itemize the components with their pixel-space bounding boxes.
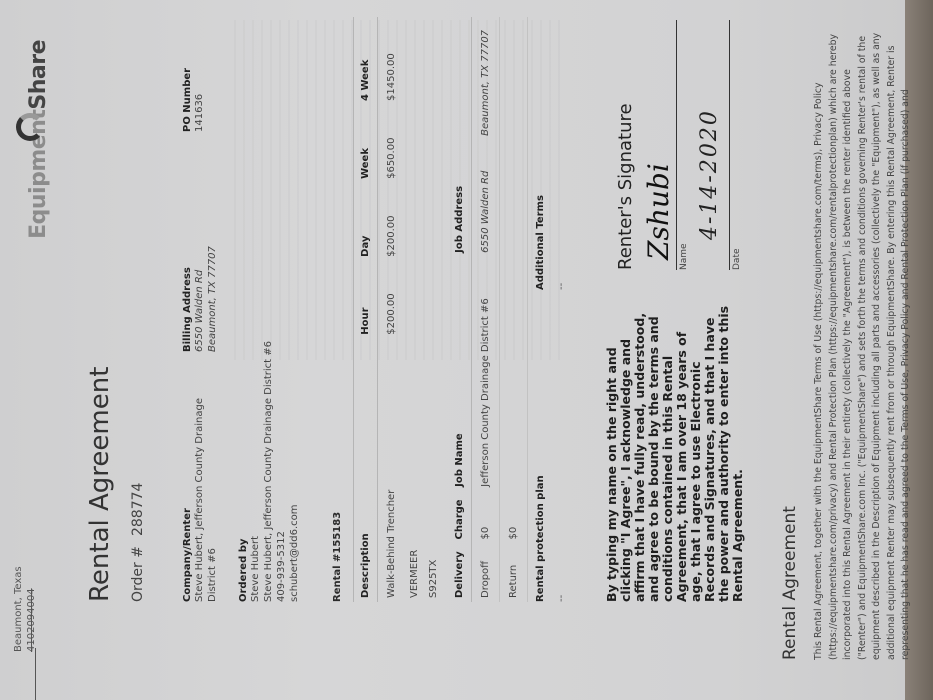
order-label: Order # — [130, 546, 146, 602]
order-number: Order #288774 — [130, 483, 146, 602]
legal-section-title: Rental Agreement — [780, 506, 800, 660]
col-charge: Charge — [448, 491, 472, 544]
page-title: Rental Agreement — [85, 367, 115, 602]
edge-line — [35, 648, 36, 700]
cell-make: VERMEER — [405, 339, 424, 602]
date-label: Date — [732, 20, 742, 270]
table-row: S925TX — [424, 17, 443, 602]
billing-line: 6550 Walden Rd — [193, 192, 206, 352]
additional-terms: Additional Terms -- — [535, 195, 567, 290]
acknowledgement-text: By typing my name on the right and click… — [605, 302, 745, 602]
location-block: Beaumont, Texas 4102094004 — [12, 566, 38, 652]
col-delivery: Delivery — [448, 544, 472, 603]
logo-text-2: Share — [26, 40, 51, 110]
location-id: 4102094004 — [25, 566, 38, 652]
po-number: PO Number 141636 — [182, 12, 206, 132]
rental-rates-table: Description Hour Day Week 4 Week Walk-Be… — [353, 17, 443, 602]
col-day: Day — [354, 183, 378, 261]
delivery-table: Delivery Charge Job Name Job Address Dro… — [448, 17, 528, 602]
handwritten-date: 4-14-2020 — [697, 109, 722, 240]
col-hour: Hour — [354, 261, 378, 339]
cell-4week: $1450.00 — [378, 17, 406, 105]
cell-hour: $200.00 — [378, 261, 406, 339]
cell-day: $200.00 — [378, 183, 406, 261]
col-description: Description — [354, 339, 378, 602]
cell-charge: $0 — [500, 491, 528, 544]
col-4week: 4 Week — [354, 17, 378, 105]
cell-week: $650.00 — [378, 105, 406, 183]
gear-icon — [16, 113, 44, 141]
handwritten-signature: Zshubi — [642, 163, 675, 260]
equipmentshare-logo: EquipmentShare — [26, 40, 51, 239]
location-city: Beaumont, Texas — [12, 566, 25, 652]
name-field[interactable]: Zshubi — [638, 20, 677, 270]
billing-label: Billing Address — [182, 192, 193, 352]
cell-job-name: Jefferson County Drainage District #6 — [472, 257, 500, 491]
table-row: VERMEER — [405, 17, 424, 602]
cell-job-address: 6550 Walden Rd — [472, 140, 500, 257]
additional-terms-label: Additional Terms — [535, 195, 546, 290]
table-row: Return $0 — [500, 17, 528, 602]
billing-line: Beaumont, TX 77707 — [206, 192, 219, 352]
cell-delivery: Return — [500, 544, 528, 603]
rpp-label: Rental protection plan — [535, 475, 546, 602]
table-row: Dropoff $0 Jefferson County Drainage Dis… — [472, 17, 500, 602]
cell-description: Walk-Behind Trencher — [378, 339, 406, 602]
ordered-by-phone: 409-939-5312 — [275, 282, 288, 602]
ordered-by-email: schubert@dd6.com — [288, 282, 301, 602]
rpp-value: -- — [556, 475, 567, 602]
name-label: Name — [679, 20, 689, 270]
ordered-by: Ordered by Steve Hubert Steve Hubert, Je… — [238, 282, 301, 602]
table-row: Walk-Behind Trencher $200.00 $200.00 $65… — [378, 17, 406, 602]
billing-address: Billing Address 6550 Walden Rd Beaumont,… — [182, 192, 219, 352]
cell-charge: $0 — [472, 491, 500, 544]
rental-protection-plan: Rental protection plan -- — [535, 475, 567, 602]
ordered-by-line: Steve Hubert, Jefferson County Drainage … — [262, 282, 275, 602]
cell-job-city: Beaumont, TX 77707 — [472, 17, 500, 140]
date-field[interactable]: 4-14-2020 — [691, 20, 730, 270]
order-value: 288774 — [130, 483, 146, 536]
po-value: 141636 — [193, 12, 206, 132]
additional-terms-value: -- — [556, 195, 567, 290]
legal-text: This Rental Agreement, together with the… — [812, 20, 914, 660]
ordered-by-label: Ordered by — [238, 282, 249, 602]
po-label: PO Number — [182, 12, 193, 132]
col-job-address: Job Address — [448, 140, 472, 257]
cell-model: S925TX — [424, 339, 443, 602]
rental-agreement-page: Beaumont, Texas 4102094004 EquipmentShar… — [0, 0, 905, 700]
cell-delivery: Dropoff — [472, 544, 500, 603]
company-line: Steve Hubert, Jefferson County Drainage — [193, 382, 206, 602]
col-job-name: Job Name — [448, 257, 472, 491]
signature-title: Renter's Signature — [615, 20, 636, 270]
rental-id: Rental #155183 — [332, 512, 343, 602]
company-line: District #6 — [206, 382, 219, 602]
ordered-by-line: Steve Hubert — [249, 282, 262, 602]
company-renter: Company/Renter Steve Hubert, Jefferson C… — [182, 382, 219, 602]
col-week: Week — [354, 105, 378, 183]
signature-block: Renter's Signature Zshubi Name 4-14-2020… — [615, 20, 742, 270]
company-label: Company/Renter — [182, 382, 193, 602]
